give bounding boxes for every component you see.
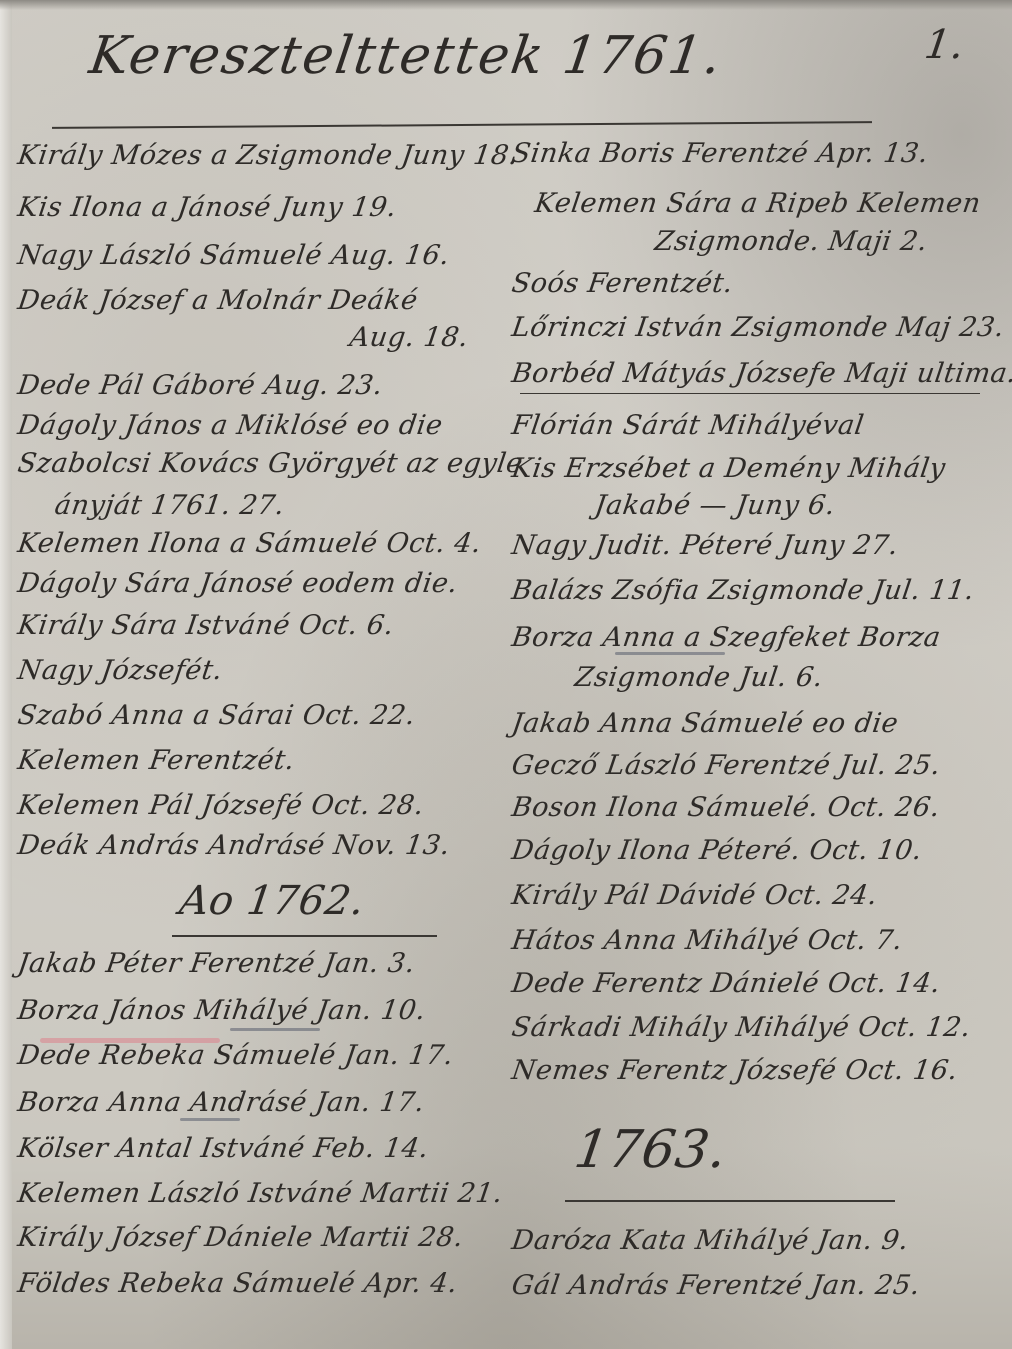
register-entry: ányját 1761. 27. [53,490,287,521]
register-entry: Zsigmonde. Maji 2. [653,226,930,257]
register-entry: Dede Ferentz Dánielé Oct. 14. [510,968,943,999]
register-entry: Nagy László Sámuelé Aug. 16. [16,240,452,271]
register-entry: Hátos Anna Mihályé Oct. 7. [510,925,905,956]
register-entry: Dágoly János a Miklósé eo die [16,410,445,441]
register-entry: Deák András Andrásé Nov. 13. [16,830,452,861]
register-entry: Nagy Józsefét. [16,655,225,686]
register-entry-date: Aug. 18. [348,322,471,353]
register-entry: Deák József a Molnár Deáké [16,285,420,316]
register-entry: Daróza Kata Mihályé Jan. 9. [510,1225,911,1256]
register-entry: Borza János Mihályé Jan. 10. [16,995,428,1026]
register-entry: Kelemen Pál Józsefé Oct. 28. [16,790,426,821]
pencil-mark [230,1028,320,1031]
page-left-edge [0,0,12,1349]
register-entry: Sárkadi Mihály Mihályé Oct. 12. [510,1012,973,1043]
register-entry: Nemes Ferentz Józsefé Oct. 16. [510,1055,960,1086]
register-entry: Kelemen Ilona a Sámuelé Oct. 4. [16,528,484,559]
register-entry: Dágoly Sára Jánosé eodem die. [16,568,460,599]
register-entry: Kölser Antal Istváné Feb. 14. [16,1133,431,1164]
register-entry: Szabó Anna a Sárai Oct. 22. [16,700,417,731]
register-entry: Jakab Anna Sámuelé eo die [510,708,901,739]
year-heading-1762: Ao 1762. [177,878,368,924]
register-entry: Kis Erzsébet a Demény Mihály [510,453,948,484]
register-entry: Jakab Péter Ferentzé Jan. 3. [16,948,417,979]
entry-separator-line [520,393,980,394]
register-entry: Borza Anna a Szegfeket Borza [510,622,943,653]
register-entry: Dede Rebeka Sámuelé Jan. 17. [16,1040,456,1071]
register-entry: Király József Dániele Martii 28. [16,1222,466,1253]
register-entry: Dede Pál Gáboré Aug. 23. [16,370,385,401]
register-entry: Földes Rebeka Sámuelé Apr. 4. [16,1268,460,1299]
title-underline [52,121,872,129]
register-entry: Kelemen Ferentzét. [16,745,297,776]
register-entry: Király Mózes a Zsigmonde Juny 18. [16,140,520,171]
year-underline [172,935,437,937]
register-entry: Szabolcsi Kovács Györgyét az egyle [16,448,525,479]
register-entry: Dágoly Ilona Péteré. Oct. 10. [510,835,924,866]
register-entry: Lőrinczi István Zsigmonde Maj 23. [510,312,1006,343]
register-entry: Zsigmonde Jul. 6. [573,662,825,693]
register-entry: Soós Ferentzét. [510,268,735,299]
register-entry: Sinka Boris Ferentzé Apr. 13. [510,138,930,169]
register-entry: Kelemen László Istváné Martii 21. [16,1178,505,1209]
register-entry: Kelemen Sára a Ripeb Kelemen [533,188,983,219]
page-number: 1. [922,22,968,68]
register-entry: Kis Ilona a Jánosé Juny 19. [16,192,399,223]
pencil-mark [180,1118,240,1121]
register-entry: Flórián Sárát Mihályéval [510,410,866,441]
year-heading-1763: 1763. [571,1120,731,1180]
year-underline [565,1200,895,1202]
register-entry: Gál András Ferentzé Jan. 25. [510,1270,922,1301]
register-entry: Gecző László Ferentzé Jul. 25. [510,750,943,781]
register-entry: Borbéd Mátyás Józsefe Maji ultima. [510,358,1012,389]
register-entry: Boson Ilona Sámuelé. Oct. 26. [510,792,942,823]
register-entry: Balázs Zsófia Zsigmonde Jul. 11. [510,575,976,606]
register-page: Keresztelttettek 1761. 1. Király Mózes a… [0,0,1012,1349]
register-entry: Király Pál Dávidé Oct. 24. [510,880,880,911]
pencil-mark [615,652,725,655]
register-title: Keresztelttettek 1761. [86,26,727,86]
register-entry: Nagy Judit. Péteré Juny 27. [510,530,900,561]
register-entry: Jakabé — Juny 6. [593,490,837,521]
page-top-edge [0,0,1012,10]
register-entry: Borza Anna Andrásé Jan. 17. [16,1087,427,1118]
register-entry: Király Sára Istváné Oct. 6. [16,610,396,641]
